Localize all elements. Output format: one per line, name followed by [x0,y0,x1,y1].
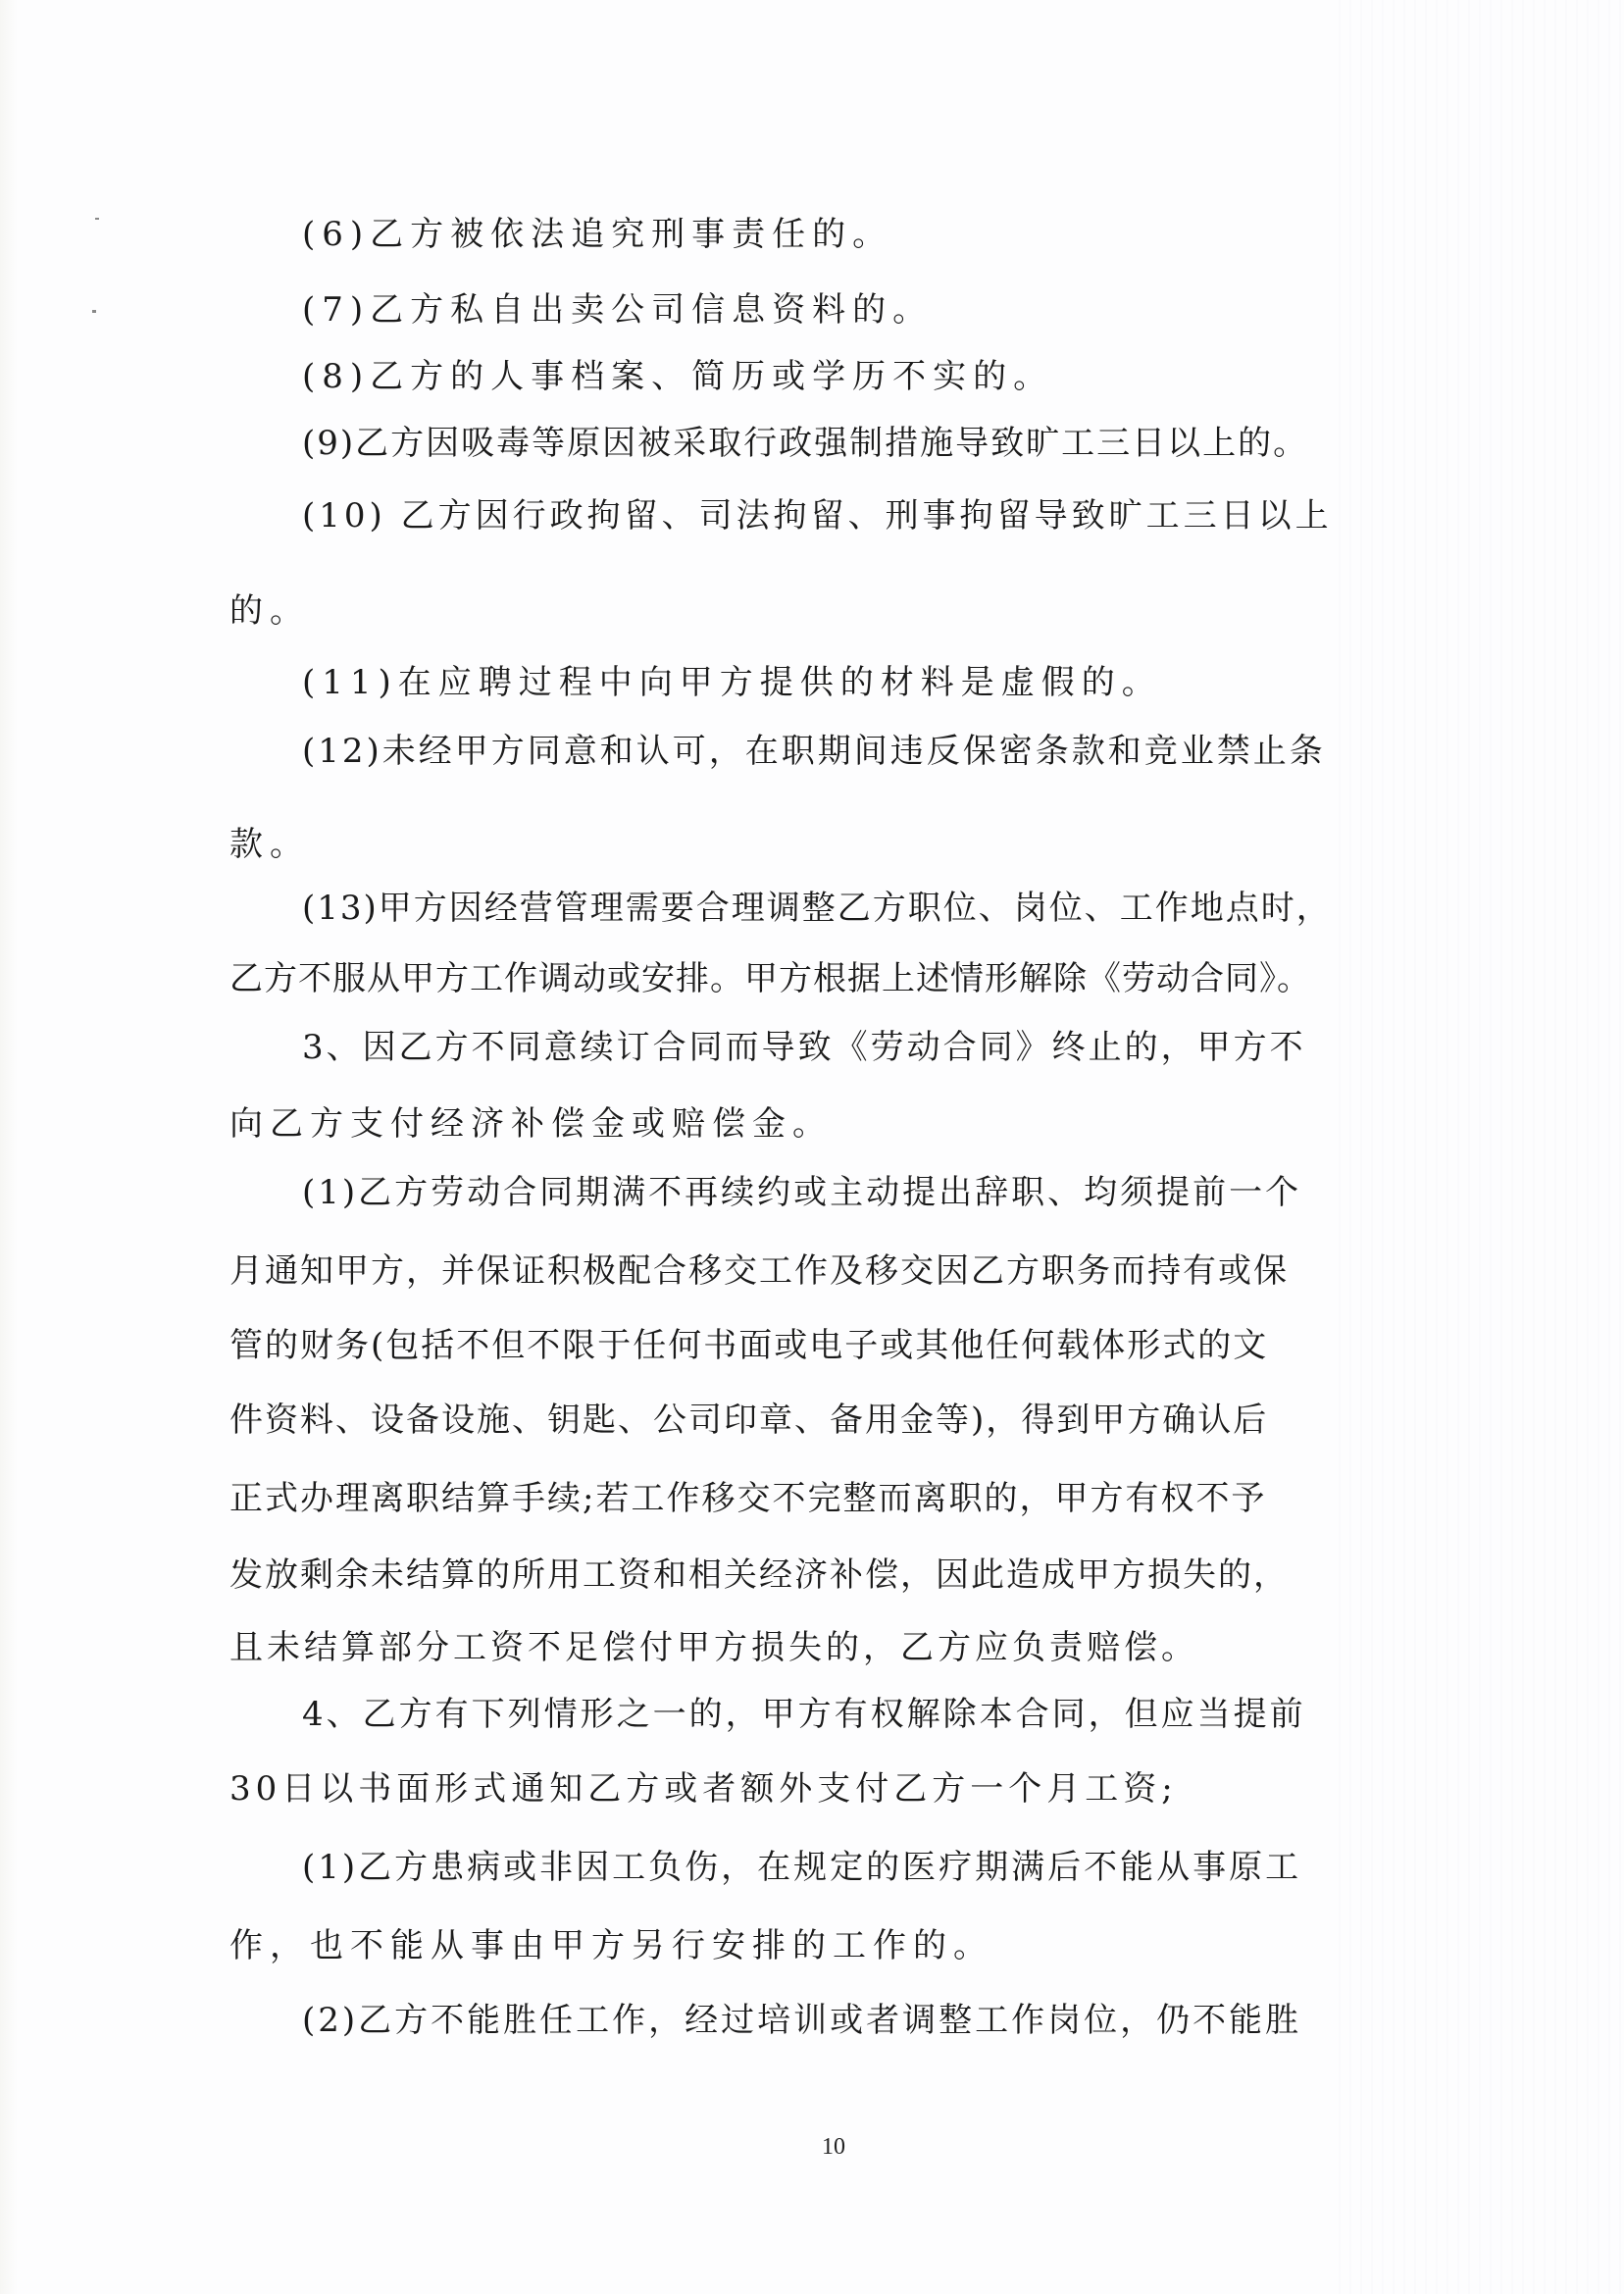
clause-line: (13)甲方因经营管理需要合理调整乙方职位、岗位、工作地点时， [302,889,1332,928]
clause-line: 正式办理离职结算手续;若工作移交不完整而离职的，甲方有权不予 [229,1479,1266,1518]
clause-line: (6)乙方被依法追究刑事责任的。 [302,215,892,254]
scan-bleed-through [1330,0,1624,2294]
clause-line: 向乙方支付经济补偿金或赔偿金。 [229,1104,833,1144]
clause-line: 款。 [229,825,310,864]
clause-line: 管的财务(包括不但不限于任何书面或电子或其他任何载体形式的文 [229,1326,1268,1365]
scan-speck [95,218,99,220]
clause-line: 3、因乙方不同意续订合同而导致《劳动合同》终止的，甲方不 [302,1028,1306,1067]
clause-line: 作，也不能从事由甲方另行安排的工作的。 [229,1926,993,1965]
clause-line: (1)乙方劳动合同期满不再续约或主动提出辞职、均须提前一个 [302,1173,1301,1212]
page-number: 10 [822,2134,845,2161]
scan-speck [92,310,96,313]
clause-line: (8)乙方的人事档案、简历或学历不实的。 [302,357,1053,396]
clause-line: 发放剩余未结算的所用工资和相关经济补偿，因此造成甲方损失的， [229,1555,1289,1595]
clause-line: 30日以书面形式通知乙方或者额外支付乙方一个月工资; [229,1769,1178,1809]
clause-line: (11)在应聘过程中向甲方提供的材料是虚假的。 [302,663,1162,702]
clause-line: (7)乙方私自出卖公司信息资料的。 [302,290,933,330]
clause-line: (1)乙方患病或非因工负伤，在规定的医疗期满后不能从事原工 [302,1848,1301,1887]
document-page: (6)乙方被依法追究刑事责任的。 (7)乙方私自出卖公司信息资料的。 (8)乙方… [0,0,1624,2294]
clause-line: 月通知甲方，并保证积极配合移交工作及移交因乙方职务而持有或保 [229,1251,1289,1291]
clause-line: (9)乙方因吸毒等原因被采取行政强制措施导致旷工三日以上的。 [302,424,1308,463]
clause-line: 4、乙方有下列情形之一的，甲方有权解除本合同，但应当提前 [302,1695,1306,1734]
clause-line: 乙方不服从甲方工作调动或安排。甲方根据上述情形解除《劳动合同》。 [229,959,1311,998]
clause-line: 的。 [229,591,310,631]
clause-line: 且未结算部分工资不足偿付甲方损失的，乙方应负责赔偿。 [229,1628,1198,1667]
clause-line: (12)未经甲方同意和认可，在职期间违反保密条款和竞业禁止条 [302,732,1326,771]
clause-line: (10) 乙方因行政拘留、司法拘留、刑事拘留导致旷工三日以上 [302,496,1333,535]
clause-line: 件资料、设备设施、钥匙、公司印章、备用金等)，得到甲方确认后 [229,1401,1268,1440]
clause-line: (2)乙方不能胜任工作，经过培训或者调整工作岗位，仍不能胜 [302,2001,1301,2040]
